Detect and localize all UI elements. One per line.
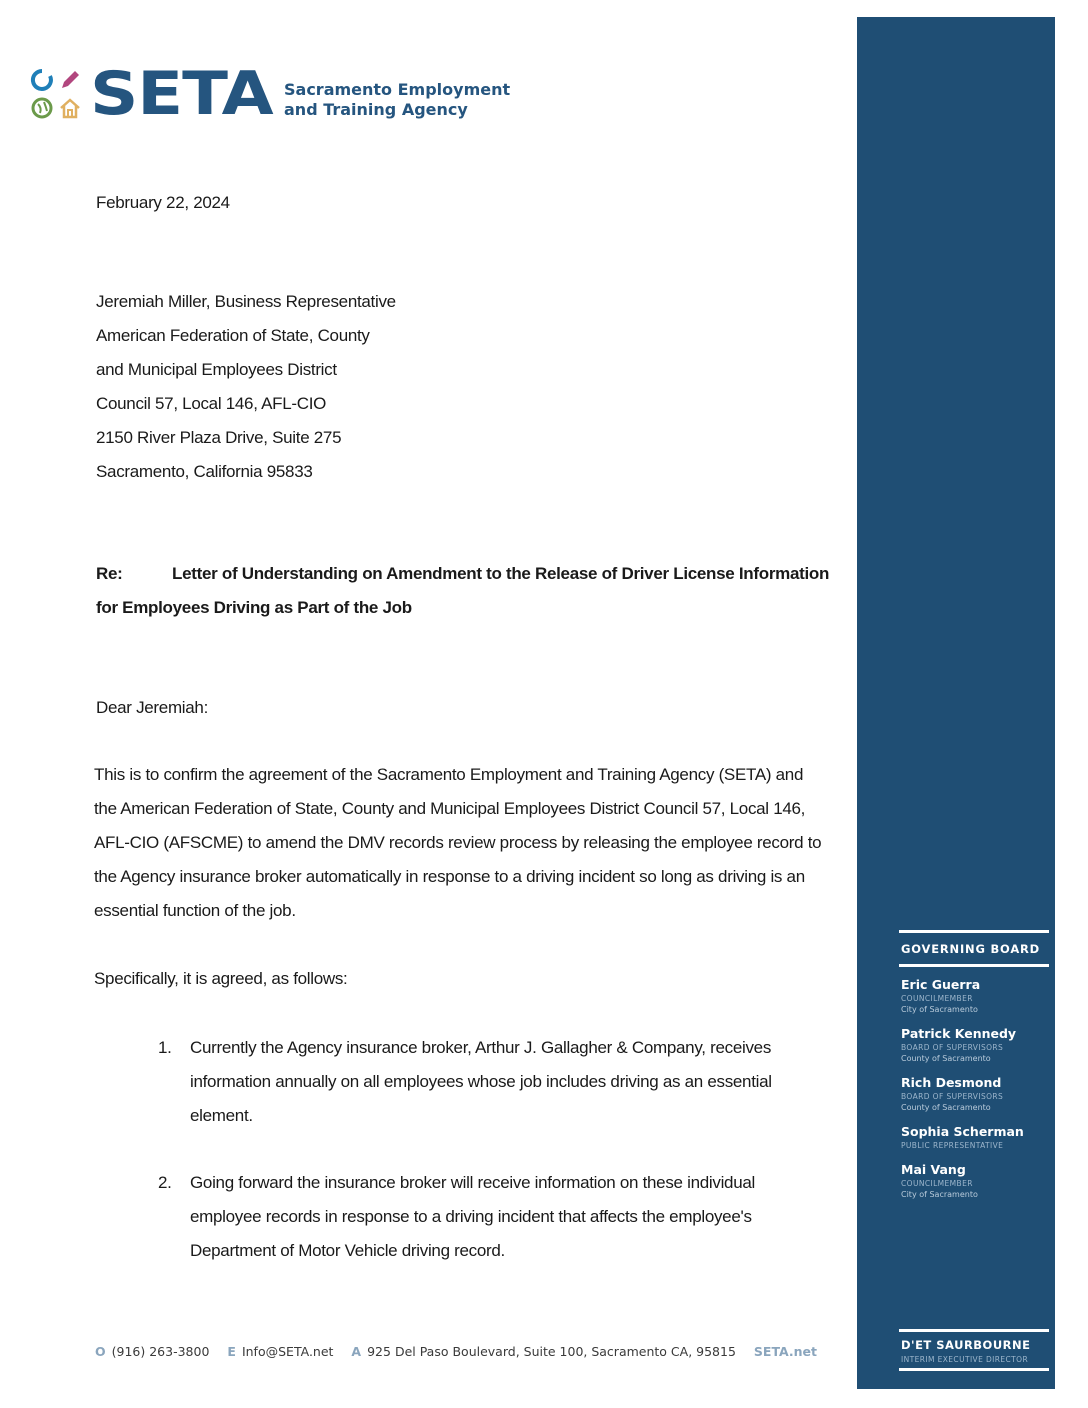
board-member: Patrick Kennedy BOARD OF SUPERVISORS Cou… <box>901 1026 1049 1063</box>
board-member: Rich Desmond BOARD OF SUPERVISORS County… <box>901 1075 1049 1112</box>
director-name: D'ET SAURBOURNE <box>901 1338 1049 1352</box>
address-line: American Federation of State, County <box>96 319 396 353</box>
org-name: Sacramento Employment and Training Agenc… <box>284 80 510 120</box>
director-title: INTERIM EXECUTIVE DIRECTOR <box>901 1355 1049 1364</box>
address-line: and Municipal Employees District <box>96 353 396 387</box>
address-line: Council 57, Local 146, AFL-CIO <box>96 387 396 421</box>
globe-icon <box>30 96 54 120</box>
governing-board-sidebar: GOVERNING BOARD Eric Guerra COUNCILMEMBE… <box>857 17 1055 1389</box>
board-member: Mai Vang COUNCILMEMBER City of Sacrament… <box>901 1162 1049 1199</box>
board-member: Eric Guerra COUNCILMEMBER City of Sacram… <box>901 977 1049 1014</box>
email-address[interactable]: Info@SETA.net <box>242 1344 333 1359</box>
recipient-address: Jeremiah Miller, Business Representative… <box>96 285 396 489</box>
list-number: 2. <box>158 1166 188 1200</box>
seta-logo: SETA <box>30 62 253 126</box>
list-intro: Specifically, it is agreed, as follows: <box>94 962 348 996</box>
logo-icon-group <box>30 64 86 124</box>
body-paragraph: This is to confirm the agreement of the … <box>94 758 824 928</box>
phone-label: O <box>95 1344 106 1359</box>
divider <box>899 1329 1049 1332</box>
refresh-circle-icon <box>30 68 54 92</box>
logo-wordmark: SETA <box>90 64 272 124</box>
phone-number: (916) 263-3800 <box>112 1344 210 1359</box>
address-line: 2150 River Plaza Drive, Suite 275 <box>96 421 396 455</box>
subject-text: Letter of Understanding on Amendment to … <box>172 564 829 583</box>
salutation: Dear Jeremiah: <box>96 691 208 725</box>
subject-text: for Employees Driving as Part of the Job <box>96 591 829 625</box>
letter-date: February 22, 2024 <box>96 186 230 220</box>
contact-footer: O(916) 263-3800 EInfo@SETA.net A925 Del … <box>95 1344 817 1359</box>
executive-director: D'ET SAURBOURNE INTERIM EXECUTIVE DIRECT… <box>899 1329 1049 1371</box>
subject-label: Re: <box>96 557 172 591</box>
subject-line: Re:Letter of Understanding on Amendment … <box>96 557 829 625</box>
address-line: Sacramento, California 95833 <box>96 455 396 489</box>
street-address: 925 Del Paso Boulevard, Suite 100, Sacra… <box>367 1344 736 1359</box>
website-link[interactable]: SETA.net <box>754 1344 817 1359</box>
board-member: Sophia Scherman PUBLIC REPRESENTATIVE <box>901 1124 1049 1150</box>
house-icon <box>58 96 82 120</box>
governing-board: GOVERNING BOARD Eric Guerra COUNCILMEMBE… <box>899 930 1049 1199</box>
email-label: E <box>227 1344 236 1359</box>
pencil-icon <box>58 68 82 92</box>
address-line: Jeremiah Miller, Business Representative <box>96 285 396 319</box>
board-title: GOVERNING BOARD <box>899 933 1049 964</box>
divider <box>899 1368 1049 1371</box>
address-label: A <box>351 1344 361 1359</box>
divider <box>899 964 1049 967</box>
list-number: 1. <box>158 1031 188 1065</box>
